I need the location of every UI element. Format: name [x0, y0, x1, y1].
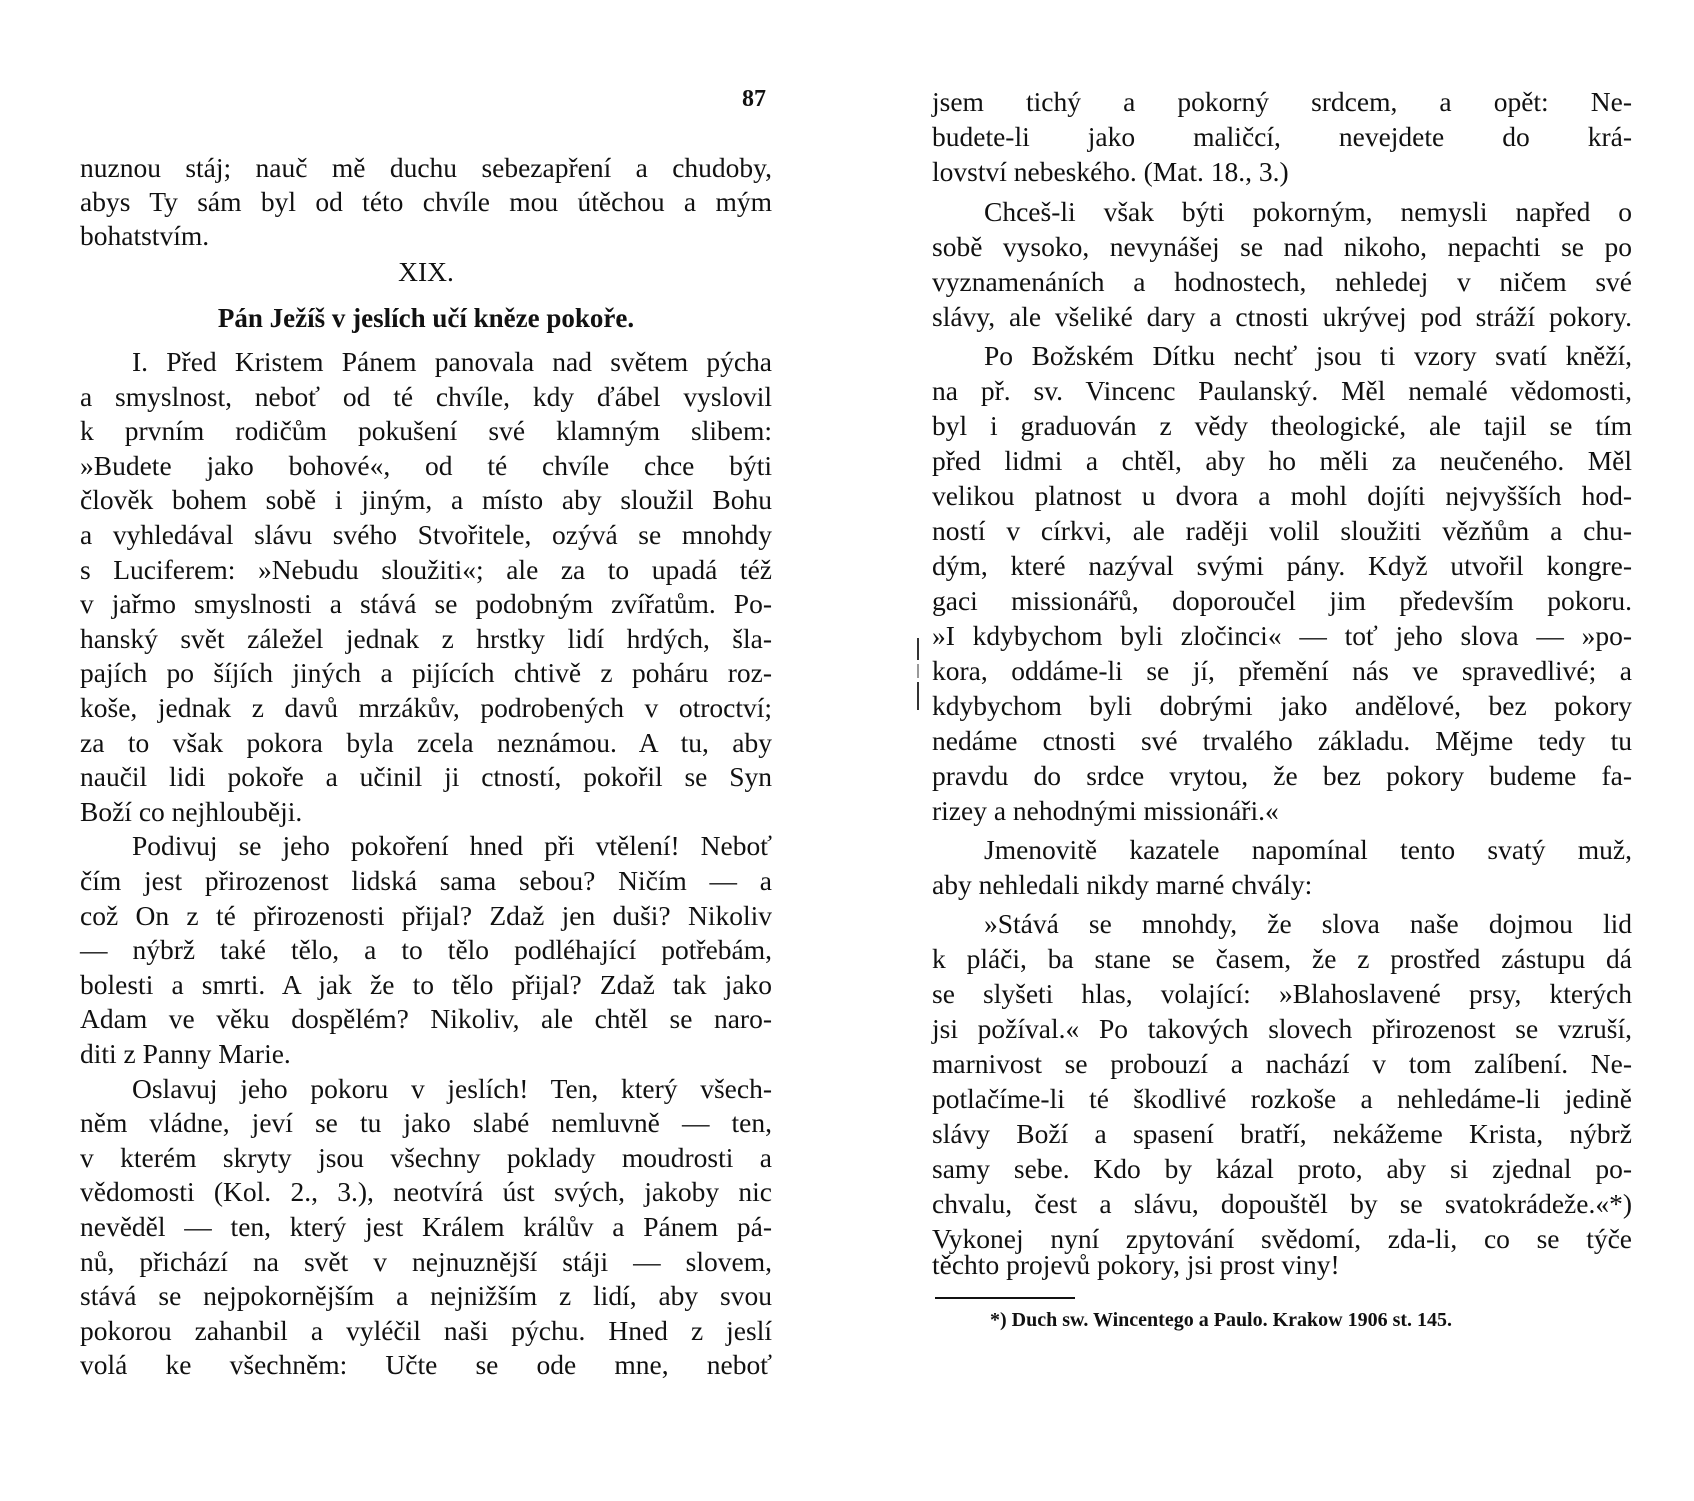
- text-line: nedáme ctnosti své trvalého základu. Měj…: [932, 724, 1632, 758]
- text-line: člověk bohem sobě i jiným, a místo aby s…: [80, 483, 772, 517]
- text-line: vyznamenáních a hodnostech, nehledej v n…: [932, 265, 1632, 299]
- text-line: Adam ve věku dospělém? Nikoliv, ale chtě…: [80, 1002, 772, 1036]
- text-line: koše, jednak z davů mrzákův, podrobených…: [80, 691, 772, 725]
- text-line: aby nehledali nikdy marné chvály:: [932, 868, 1632, 902]
- text-line: ností v církvi, ale raději volil sloužit…: [932, 514, 1632, 548]
- text-line: »I kdybychom byli zločinci« — toť jeho s…: [932, 619, 1632, 653]
- text-line: pravdu do srdce vrytou, že bez pokory bu…: [932, 759, 1632, 793]
- text-line: s Luciferem: »Nebudu sloužiti«; ale za t…: [80, 553, 772, 587]
- text-line: »Stává se mnohdy, že slova naše dojmou l…: [932, 907, 1632, 941]
- text-line: kdybychom byli dobrými jako andělové, be…: [932, 689, 1632, 723]
- margin-mark: [917, 682, 919, 710]
- text-line: bohatstvím.: [80, 219, 772, 253]
- text-line: velikou platnost u dvora a mohl dojíti n…: [932, 479, 1632, 513]
- text-line: sobě vysoko, nevynášej se nad nikoho, ne…: [932, 230, 1632, 264]
- text-line: a smyslnost, neboť od té chvíle, kdy ďáb…: [80, 380, 772, 414]
- text-line: nů, přichází na svět v nejnuznější stáji…: [80, 1245, 772, 1279]
- text-line: rizey a nehodnými missionáři.«: [932, 794, 1632, 828]
- text-line: Oslavuj jeho pokoru v jeslích! Ten, kter…: [80, 1072, 772, 1106]
- margin-mark: [917, 638, 919, 660]
- text-line: stává se nejpokornějším a nejnižším z li…: [80, 1279, 772, 1313]
- text-line: Jmenovitě kazatele napomínal tento svatý…: [932, 833, 1632, 867]
- text-line: dým, které nazýval svými pány. Když utvo…: [932, 549, 1632, 583]
- text-line: nevěděl — ten, který jest Králem králův …: [80, 1210, 772, 1244]
- text-line: vědomosti (Kol. 2., 3.), neotvírá úst sv…: [80, 1175, 772, 1209]
- text-line: pajích po šíjích jiných a pijících chtiv…: [80, 656, 772, 690]
- text-line: gaci missionářů, doporoučel jim předevší…: [932, 584, 1632, 618]
- text-line: se slyšeti hlas, volající: »Blahoslavené…: [932, 977, 1632, 1011]
- text-line: jsem tichý a pokorný srdcem, a opět: Ne-: [932, 85, 1632, 119]
- text-line: těchto projevů pokory, jsi prost viny!: [932, 1248, 1632, 1282]
- text-line: kora, oddáme-li se jí, přemění nás ve sp…: [932, 654, 1632, 688]
- text-line: volá ke všechněm: Učte se ode mne, neboť: [80, 1348, 772, 1382]
- text-line: slávy, ale všeliké dary a ctnosti ukrýve…: [932, 300, 1632, 334]
- text-line: chvalu, čest a slávu, dopouštěl by se sv…: [932, 1187, 1632, 1221]
- text-line: I. Před Kristem Pánem panovala nad světe…: [80, 345, 772, 379]
- text-line: Boží co nejhlouběji.: [80, 795, 772, 829]
- text-line: něm vládne, jeví se tu jako slabé nemluv…: [80, 1106, 772, 1140]
- chapter-number: XIX.: [80, 255, 772, 289]
- text-line: naučil lidi pokoře a učinil ji ctností, …: [80, 760, 772, 794]
- text-line: abys Ty sám byl od této chvíle mou útěch…: [80, 185, 772, 219]
- text-line: budete-li jako maličcí, nevejdete do krá…: [932, 120, 1632, 154]
- text-line: bolesti a smrti. A jak že to tělo přijal…: [80, 968, 772, 1002]
- text-line: byl i graduován z vědy theologické, ale …: [932, 409, 1632, 443]
- text-line: Po Božském Dítku nechť jsou ti vzory sva…: [932, 339, 1632, 373]
- text-line: marnivost se probouzí a nachází v tom za…: [932, 1047, 1632, 1081]
- text-line: k pláči, ba stane se časem, že z prostře…: [932, 942, 1632, 976]
- page-number: 87: [742, 86, 766, 113]
- text-line: což On z té přirozenosti přijal? Zdaž je…: [80, 899, 772, 933]
- text-line: v kterém skryty jsou všechny poklady mou…: [80, 1141, 772, 1175]
- text-line: samy sebe. Kdo by kázal proto, aby si zj…: [932, 1152, 1632, 1186]
- text-line: nuznou stáj; nauč mě duchu sebezapření a…: [80, 151, 772, 185]
- footnote: *) Duch sw. Wincentego a Paulo. Krakow 1…: [990, 1306, 1452, 1334]
- text-line: »Budete jako bohové«, od té chvíle chce …: [80, 449, 772, 483]
- text-line: před lidmi a chtěl, aby ho měli za neuče…: [932, 444, 1632, 478]
- text-line: Chceš-li však býti pokorným, nemysli nap…: [932, 195, 1632, 229]
- text-line: slávy Boží a spasení bratří, nekážeme Kr…: [932, 1117, 1632, 1151]
- text-line: diti z Panny Marie.: [80, 1037, 772, 1071]
- text-line: hanský svět záležel jednak z hrstky lidí…: [80, 622, 772, 656]
- text-line: lovství nebeského. (Mat. 18., 3.): [932, 155, 1632, 189]
- text-line: potlačíme-li té škodlivé rozkoše a nehle…: [932, 1082, 1632, 1116]
- chapter-heading: Pán Ježíš v jeslích učí kněze pokoře.: [80, 301, 772, 335]
- text-line: v jařmo smyslnosti a stává se podobným z…: [80, 587, 772, 621]
- text-line: čím jest přirozenost lidská sama sebou? …: [80, 864, 772, 898]
- footnote-rule: [935, 1297, 1075, 1299]
- text-line: a vyhledával slávu svého Stvořitele, ozý…: [80, 518, 772, 552]
- text-line: na př. sv. Vincenc Paulanský. Měl nemalé…: [932, 374, 1632, 408]
- text-line: za to však pokora byla zcela neznámou. A…: [80, 726, 772, 760]
- margin-mark: [917, 664, 919, 678]
- text-line: pokorou zahanbil a vyléčil naši pýchu. H…: [80, 1314, 772, 1348]
- text-line: — nýbrž také tělo, a to tělo podléhající…: [80, 933, 772, 967]
- text-line: jsi požíval.« Po takových slovech přiroz…: [932, 1012, 1632, 1046]
- text-line: Podivuj se jeho pokoření hned při vtělen…: [80, 829, 772, 863]
- text-line: k prvním rodičům pokušení své klamným sl…: [80, 414, 772, 448]
